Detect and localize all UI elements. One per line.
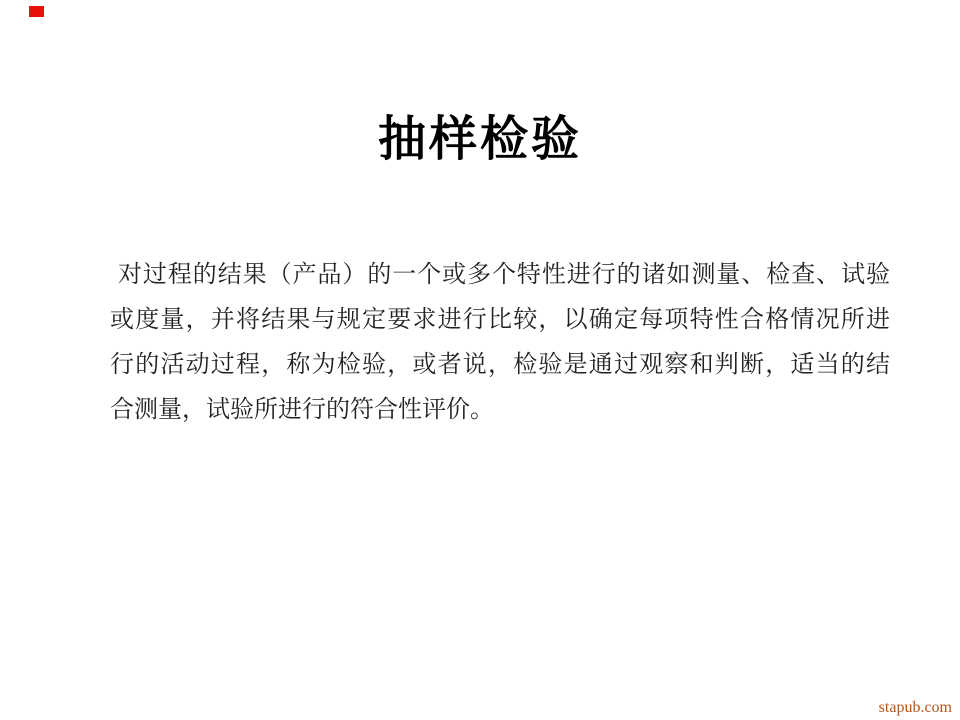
- paragraph-line: 合测量，试验所进行的符合性评价。: [110, 388, 890, 433]
- paragraph-line: 或度量，并将结果与规定要求进行比较，以确定每项特性合格情况所进: [110, 298, 890, 343]
- paragraph-line: 对过程的结果（产品）的一个或多个特性进行的诸如测量、检查、试验: [110, 253, 890, 298]
- red-corner-mark: [29, 6, 44, 17]
- body-paragraph: 对过程的结果（产品）的一个或多个特性进行的诸如测量、检查、试验 或度量，并将结果…: [110, 253, 890, 433]
- watermark: stapub.com: [879, 699, 952, 717]
- slide-page: 抽样检验 对过程的结果（产品）的一个或多个特性进行的诸如测量、检查、试验 或度量…: [0, 0, 960, 720]
- paragraph-line: 行的活动过程，称为检验，或者说，检验是通过观察和判断，适当的结: [110, 343, 890, 388]
- slide-title: 抽样检验: [0, 100, 960, 169]
